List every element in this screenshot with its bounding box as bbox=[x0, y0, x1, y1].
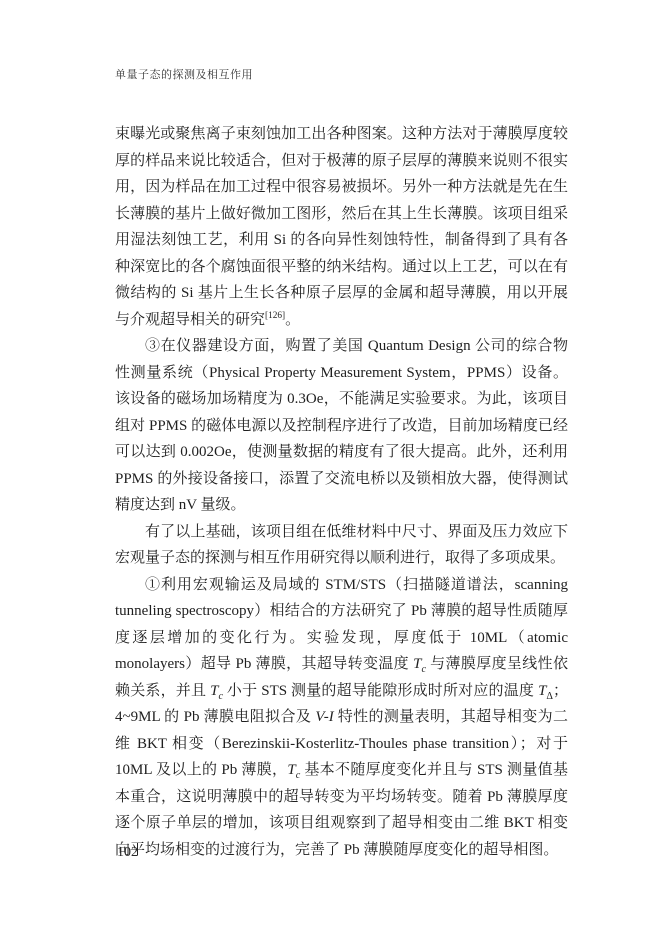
paragraph: ③在仪器建设方面，购置了美国 Quantum Design 公司的综合物性测量系… bbox=[115, 333, 568, 519]
text-segment: T bbox=[413, 656, 421, 672]
running-header: 单量子态的探测及相互作用 bbox=[115, 66, 568, 82]
text-segment: 有了以上基础，该项目组在低维材料中尺寸、界面及压力效应下宏观量子态的探测与相互作… bbox=[115, 524, 568, 567]
text-segment: T bbox=[287, 762, 295, 778]
text-segment: 小于 STS 测量的超导能隙形成时所对应的温度 bbox=[223, 683, 538, 699]
text-segment: V-I bbox=[315, 709, 333, 725]
text-segment: 。 bbox=[285, 312, 300, 328]
paragraph: ①利用宏观输运及局域的 STM/STS（扫描隧道谱法，scanning tunn… bbox=[115, 572, 568, 864]
body-text: 束曝光或聚焦离子束刻蚀加工出各种图案。这种方法对于薄膜厚度较厚的样品来说比较适合… bbox=[115, 121, 568, 863]
text-segment: ③在仪器建设方面，购置了美国 Quantum Design 公司的综合物性测量系… bbox=[115, 338, 568, 513]
paragraph: 束曝光或聚焦离子束刻蚀加工出各种图案。这种方法对于薄膜厚度较厚的样品来说比较适合… bbox=[115, 121, 568, 333]
text-segment: [126] bbox=[265, 311, 285, 321]
page: 单量子态的探测及相互作用 束曝光或聚焦离子束刻蚀加工出各种图案。这种方法对于薄膜… bbox=[0, 0, 666, 930]
text-segment: 束曝光或聚焦离子束刻蚀加工出各种图案。这种方法对于薄膜厚度较厚的样品来说比较适合… bbox=[115, 126, 568, 328]
page-number: 102 bbox=[117, 845, 138, 861]
paragraph: 有了以上基础，该项目组在低维材料中尺寸、界面及压力效应下宏观量子态的探测与相互作… bbox=[115, 519, 568, 572]
